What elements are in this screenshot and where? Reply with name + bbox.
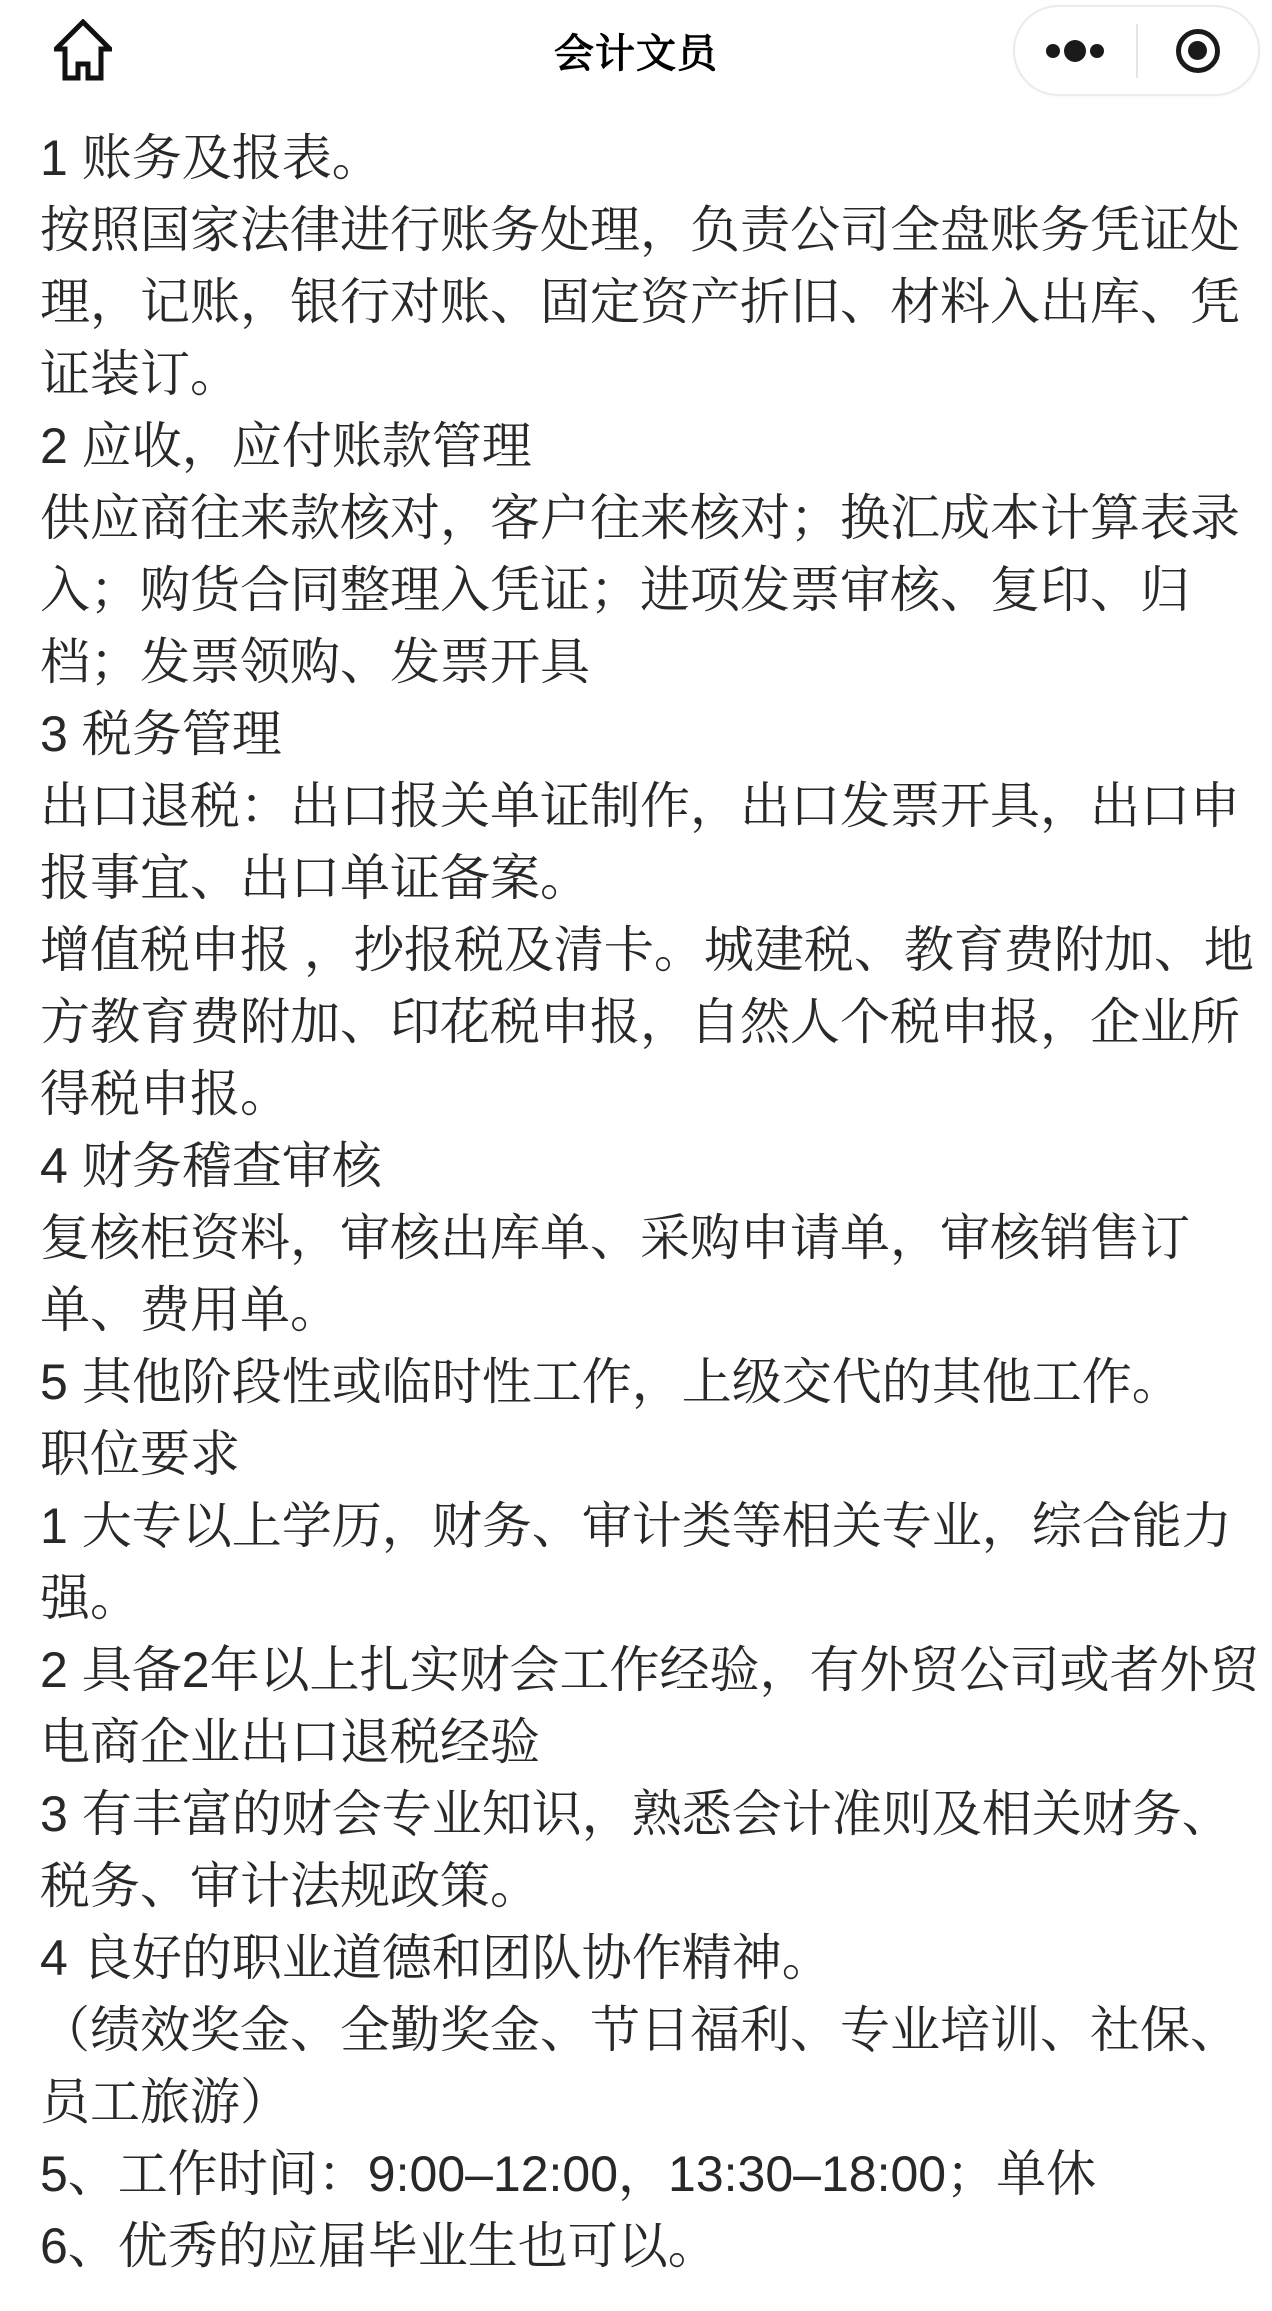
text-line: 增值税申报 ，抄报税及清卡。城建税、教育费附加、地 [40, 914, 1242, 986]
text-line: 供应商往来款核对，客户往来核对；换汇成本计算表录 [40, 482, 1242, 554]
home-icon [54, 19, 112, 84]
text-line: 出口退税：出口报关单证制作，出口发票开具，出口申 [40, 770, 1242, 842]
more-menu-button[interactable] [1015, 7, 1136, 94]
job-description: 1 账务及报表。按照国家法律进行账务处理，负责公司全盘账务凭证处理，记账，银行对… [0, 110, 1272, 2282]
text-line: 5 其他阶段性或临时性工作，上级交代的其他工作。 [40, 1346, 1242, 1418]
text-line: 员工旅游） [40, 2066, 1242, 2138]
text-line: 电商企业出口退税经验 [40, 1706, 1242, 1778]
text-line: 方教育费附加、印花税申报，自然人个税申报，企业所 [40, 986, 1242, 1058]
text-line: 1 账务及报表。 [40, 122, 1242, 194]
text-line: 3 有丰富的财会专业知识，熟悉会计准则及相关财务、 [40, 1778, 1242, 1850]
text-line: 得税申报。 [40, 1058, 1242, 1130]
text-line: 入；购货合同整理入凭证；进项发票审核、复印、归 [40, 554, 1242, 626]
text-line: 单、费用单。 [40, 1274, 1242, 1346]
text-line: 强。 [40, 1562, 1242, 1634]
text-line: 5、工作时间：9:00–12:00，13:30–18:00；单休 [40, 2138, 1242, 2210]
nav-bar: 会计文员 [0, 0, 1272, 110]
mini-program-page: 会计文员 1 账务及报表。按照国家法律进行账务处理，负责公司全盘账务凭证处理，记… [0, 0, 1272, 2311]
text-line: 3 税务管理 [40, 698, 1242, 770]
text-line: 4 良好的职业道德和团队协作精神。 [40, 1922, 1242, 1994]
exit-button[interactable] [1138, 7, 1259, 94]
text-line: 复核柜资料，审核出库单、采购申请单，审核销售订 [40, 1202, 1242, 1274]
text-line: 2 具备2年以上扎实财会工作经验，有外贸公司或者外贸 [40, 1634, 1242, 1706]
exit-target-icon [1176, 29, 1220, 73]
more-dots-icon [1046, 40, 1104, 62]
mini-program-capsule [1013, 5, 1260, 96]
text-line: （绩效奖金、全勤奖金、节日福利、专业培训、社保、 [40, 1994, 1242, 2066]
text-line: 2 应收，应付账款管理 [40, 410, 1242, 482]
text-line: 理，记账，银行对账、固定资产折旧、材料入出库、凭 [40, 266, 1242, 338]
home-button[interactable] [52, 18, 114, 84]
text-line: 报事宜、出口单证备案。 [40, 842, 1242, 914]
text-line: 6、优秀的应届毕业生也可以。 [40, 2210, 1242, 2282]
text-line: 4 财务稽查审核 [40, 1130, 1242, 1202]
text-line: 1 大专以上学历，财务、审计类等相关专业，综合能力 [40, 1490, 1242, 1562]
text-line: 职位要求 [40, 1418, 1242, 1490]
text-line: 按照国家法律进行账务处理，负责公司全盘账务凭证处 [40, 194, 1242, 266]
text-line: 税务、审计法规政策。 [40, 1850, 1242, 1922]
text-line: 证装订。 [40, 338, 1242, 410]
text-line: 档；发票领购、发票开具 [40, 626, 1242, 698]
